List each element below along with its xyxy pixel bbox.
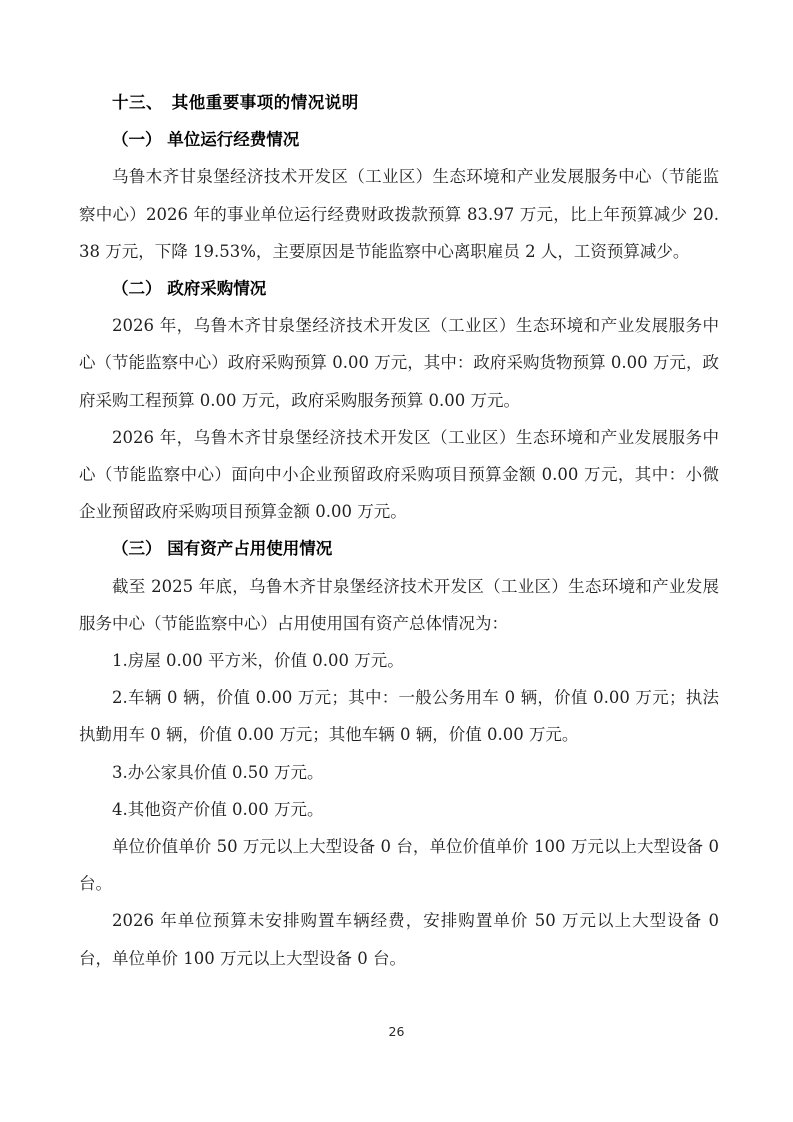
paragraph-state-assets-intro: 截至 2025 年底，乌鲁木齐甘泉堡经济技术开发区（工业区）生态环境和产业发展服…	[79, 568, 719, 642]
subsection-heading-2: （二） 政府采购情况	[79, 270, 719, 307]
doc-section-heading: 十三、 其他重要事项的情况说明	[79, 84, 719, 121]
paragraph-operating-funds: 乌鲁木齐甘泉堡经济技术开发区（工业区）生态环境和产业发展服务中心（节能监察中心）…	[79, 158, 719, 270]
list-item-other-assets: 4.其他资产价值 0.00 万元。	[79, 791, 719, 828]
paragraph-procurement-sme: 2026 年，乌鲁木齐甘泉堡经济技术开发区（工业区）生态环境和产业发展服务中心（…	[79, 419, 719, 531]
list-item-vehicles: 2.车辆 0 辆，价值 0.00 万元；其中：一般公务用车 0 辆，价值 0.0…	[79, 679, 719, 753]
list-item-furniture: 3.办公家具价值 0.50 万元。	[79, 754, 719, 791]
page-number: 26	[0, 1024, 793, 1039]
subsection-heading-1: （一） 单位运行经费情况	[79, 121, 719, 158]
subsection-heading-3: （三） 国有资产占用使用情况	[79, 530, 719, 567]
document-body: 十三、 其他重要事项的情况说明 （一） 单位运行经费情况 乌鲁木齐甘泉堡经济技术…	[79, 84, 719, 977]
paragraph-procurement-budget: 2026 年，乌鲁木齐甘泉堡经济技术开发区（工业区）生态环境和产业发展服务中心（…	[79, 307, 719, 419]
paragraph-large-equipment: 单位价值单价 50 万元以上大型设备 0 台，单位价值单价 100 万元以上大型…	[79, 828, 719, 902]
paragraph-vehicle-purchase-plan: 2026 年单位预算未安排购置车辆经费，安排购置单价 50 万元以上大型设备 0…	[79, 902, 719, 976]
document-page: 十三、 其他重要事项的情况说明 （一） 单位运行经费情况 乌鲁木齐甘泉堡经济技术…	[0, 0, 793, 1122]
list-item-housing: 1.房屋 0.00 平方米，价值 0.00 万元。	[79, 642, 719, 679]
